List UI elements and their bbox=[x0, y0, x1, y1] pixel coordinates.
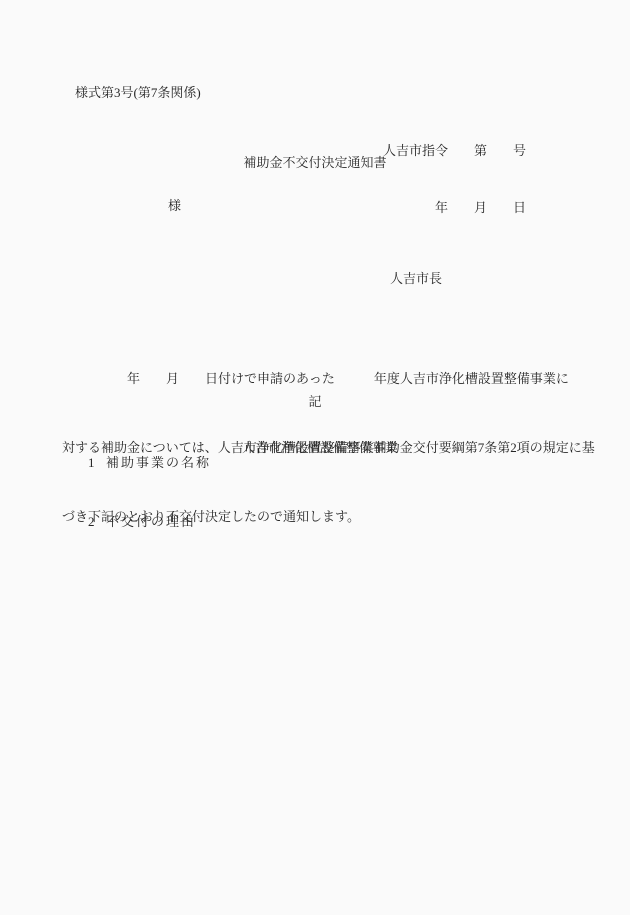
item-1-label: 補助事業の名称 bbox=[106, 455, 211, 470]
record-marker: 記 bbox=[0, 394, 630, 409]
sender-title: 人吉市長 bbox=[390, 271, 442, 286]
item-non-grant-reason: 2不交付の理由 bbox=[75, 499, 196, 544]
addressee-honorific: 様 bbox=[168, 198, 181, 213]
item-2-number: 2 bbox=[88, 514, 106, 529]
item-subsidy-project-name: 1補助事業の名称人吉市浄化槽設備整備事業 bbox=[75, 440, 211, 485]
item-1-value: 人吉市浄化槽設備整備事業 bbox=[242, 440, 398, 455]
item-1-number: 1 bbox=[88, 455, 106, 470]
item-2-label: 不交付の理由 bbox=[106, 514, 196, 529]
document-page: 様式第3号(第7条関係) 人吉市指令 第 号 年 月 日 補助金不交付決定通知書… bbox=[0, 0, 630, 915]
header-reference-block: 人吉市指令 第 号 年 月 日 bbox=[383, 103, 526, 255]
body-line-1: 年 月 日付けで申請のあった 年度人吉市浄化槽設置整備事業に bbox=[62, 367, 595, 390]
document-title: 補助金不交付決定通知書 bbox=[0, 155, 630, 170]
date-line: 年 月 日 bbox=[383, 198, 526, 217]
form-number: 様式第3号(第7条関係) bbox=[75, 85, 201, 100]
